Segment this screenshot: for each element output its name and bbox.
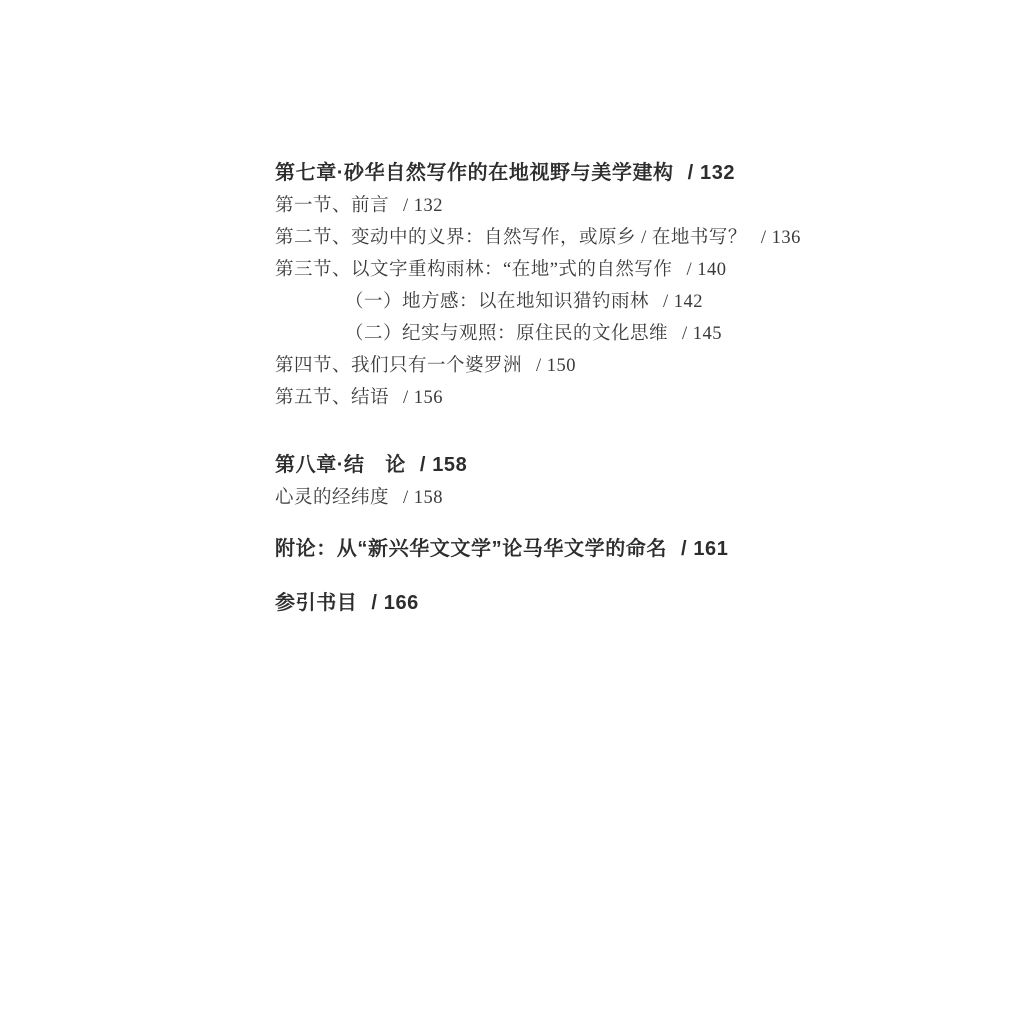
toc-entry-page: / 136 <box>761 222 801 254</box>
toc-entry-page: / 158 <box>420 448 467 482</box>
toc-entry-bibliography: 参引书目 / 166 <box>275 586 875 620</box>
table-of-contents: 第七章·砂华自然写作的在地视野与美学建构 / 132 第一节、前言 / 132 … <box>275 156 875 620</box>
toc-entry-label: 第五节、结语 <box>275 382 389 414</box>
toc-entry-chapter-8: 第八章·结 论 / 158 <box>275 448 875 482</box>
toc-entry-page: / 132 <box>403 190 443 222</box>
toc-entry-page: / 166 <box>371 586 418 620</box>
toc-entry-section-6: 心灵的经纬度 / 158 <box>275 482 875 514</box>
toc-entry-page: / 161 <box>681 532 728 566</box>
toc-entry-page: / 142 <box>663 286 703 318</box>
toc-entry-section-1: 第一节、前言 / 132 <box>275 190 875 222</box>
toc-entry-label: 心灵的经纬度 <box>275 482 389 514</box>
toc-entry-subsection-1: （一）地方感：以在地知识猎钓雨林 / 142 <box>275 286 875 318</box>
toc-entry-section-3: 第三节、以文字重构雨林：“在地”式的自然写作 / 140 <box>275 254 875 286</box>
toc-entry-page: / 132 <box>688 156 735 190</box>
toc-entry-label: 第一节、前言 <box>275 190 389 222</box>
toc-entry-label: 第二节、变动中的义界：自然写作，或原乡 / 在地书写？ <box>275 222 747 254</box>
toc-entry-section-2: 第二节、变动中的义界：自然写作，或原乡 / 在地书写？ / 136 <box>275 222 875 254</box>
toc-entry-label: 附论：从“新兴华文文学”论马华文学的命名 <box>275 532 667 566</box>
toc-entry-chapter-7: 第七章·砂华自然写作的在地视野与美学建构 / 132 <box>275 156 875 190</box>
toc-entry-label: （二）纪实与观照：原住民的文化思维 <box>345 318 668 350</box>
toc-entry-label: 参引书目 <box>275 586 357 620</box>
toc-entry-page: / 156 <box>403 382 443 414</box>
toc-entry-section-5: 第五节、结语 / 156 <box>275 382 875 414</box>
book-page: 第七章·砂华自然写作的在地视野与美学建构 / 132 第一节、前言 / 132 … <box>0 0 1024 1024</box>
toc-entry-page: / 145 <box>682 318 722 350</box>
toc-entry-subsection-2: （二）纪实与观照：原住民的文化思维 / 145 <box>275 318 875 350</box>
toc-entry-label: 第四节、我们只有一个婆罗洲 <box>275 350 522 382</box>
toc-entry-label: 第三节、以文字重构雨林：“在地”式的自然写作 <box>275 254 672 286</box>
toc-entry-page: / 158 <box>403 482 443 514</box>
toc-entry-page: / 140 <box>686 254 726 286</box>
toc-entry-section-4: 第四节、我们只有一个婆罗洲 / 150 <box>275 350 875 382</box>
toc-entry-appendix: 附论：从“新兴华文文学”论马华文学的命名 / 161 <box>275 532 875 566</box>
toc-entry-label: （一）地方感：以在地知识猎钓雨林 <box>345 286 649 318</box>
toc-entry-label: 第八章·结 论 <box>275 448 406 482</box>
toc-entry-page: / 150 <box>536 350 576 382</box>
toc-entry-label: 第七章·砂华自然写作的在地视野与美学建构 <box>275 156 674 190</box>
